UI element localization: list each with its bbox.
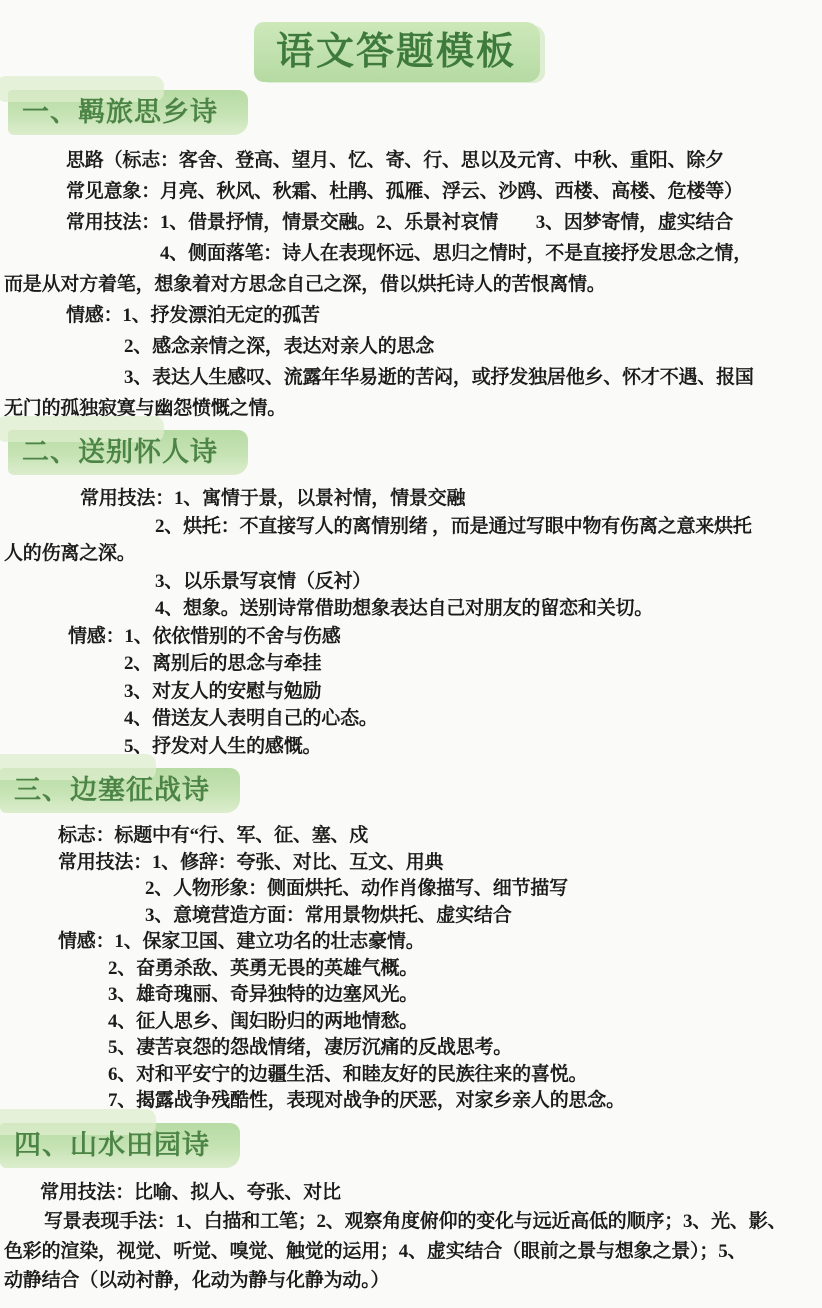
text-line: 情感：1、依依惜别的不舍与伤感 (0, 623, 822, 651)
text-line: 5、凄苦哀怨的怨战情绪，凄厉沉痛的反战思考。 (0, 1035, 822, 1062)
section-heading: 三、边塞征战诗 (0, 768, 240, 813)
text-line: 2、感念亲情之深，表达对亲人的思念 (0, 331, 822, 362)
text-line: 人的伤离之深。 (0, 540, 822, 568)
section-heading: 一、羁旅思乡诗 (8, 90, 248, 135)
text-line: 2、烘托：不直接写人的离情别绪 ，而是通过写眼中物有伤离之意来烘托 (0, 513, 822, 541)
text-line: 4、借送友人表明自己的心态。 (0, 705, 822, 733)
section-body: 标志：标题中有“行、军、征、塞、戍常用技法：1、修辞：夸张、对比、互文、用典2、… (0, 823, 822, 1115)
document-page: 语文答题模板 一、羁旅思乡诗思路（标志：客舍、登高、望月、忆、寄、行、思以及元宵… (0, 0, 822, 1308)
section-body: 常用技法：比喻、拟人、夸张、对比写景表现手法：1、白描和工笔；2、观察角度俯仰的… (0, 1178, 822, 1296)
section-3: 三、边塞征战诗标志：标题中有“行、军、征、塞、戍常用技法：1、修辞：夸张、对比、… (0, 768, 822, 1115)
section-4: 四、山水田园诗常用技法：比喻、拟人、夸张、对比写景表现手法：1、白描和工笔；2、… (0, 1123, 822, 1296)
title-row: 语文答题模板 (0, 22, 808, 82)
text-line: 而是从对方着笔，想象着对方思念自己之深，借以烘托诗人的苦恨离情。 (0, 269, 822, 300)
text-line: 常用技法：1、借景抒情，情景交融。2、乐景衬哀情 3、因梦寄情，虚实结合 (0, 207, 822, 238)
section-heading-row: 三、边塞征战诗 (0, 768, 822, 813)
text-line: 3、表达人生感叹、流露年华易逝的苦闷，或抒发独居他乡、怀才不遇、报国 (0, 362, 822, 393)
section-heading-row: 一、羁旅思乡诗 (0, 90, 822, 135)
text-line: 4、想象。送别诗常借助想象表达自己对朋友的留恋和关切。 (0, 595, 822, 623)
text-line: 4、征人思乡、闺妇盼归的两地情愁。 (0, 1009, 822, 1036)
section-body: 常用技法：1、寓情于景，以景衬情，情景交融2、烘托：不直接写人的离情别绪 ，而是… (0, 485, 822, 760)
section-1: 一、羁旅思乡诗思路（标志：客舍、登高、望月、忆、寄、行、思以及元宵、中秋、重阳、… (0, 90, 822, 424)
section-heading: 二、送别怀人诗 (8, 430, 248, 475)
text-line: 2、离别后的思念与牵挂 (0, 650, 822, 678)
section-heading: 四、山水田园诗 (0, 1123, 240, 1168)
text-line: 4、侧面落笔：诗人在表现怀远、思归之情时，不是直接抒发思念之情， (0, 238, 822, 269)
text-line: 2、奋勇杀敌、英勇无畏的英雄气概。 (0, 956, 822, 983)
text-line: 3、对友人的安慰与勉励 (0, 678, 822, 706)
text-line: 3、雄奇瑰丽、奇异独特的边塞风光。 (0, 982, 822, 1009)
section-body: 思路（标志：客舍、登高、望月、忆、寄、行、思以及元宵、中秋、重阳、除夕常见意象：… (0, 145, 822, 424)
section-heading-row: 四、山水田园诗 (0, 1123, 822, 1168)
text-line: 写景表现手法：1、白描和工笔；2、观察角度俯仰的变化与远近高低的顺序；3、光、影… (0, 1207, 822, 1237)
text-line: 动静结合（以动衬静，化动为静与化静为动。） (0, 1266, 822, 1296)
text-line: 思路（标志：客舍、登高、望月、忆、寄、行、思以及元宵、中秋、重阳、除夕 (0, 145, 822, 176)
text-line: 标志：标题中有“行、军、征、塞、戍 (0, 823, 822, 850)
text-line: 常用技法：比喻、拟人、夸张、对比 (0, 1178, 822, 1208)
text-line: 色彩的渲染，视觉、听觉、嗅觉、触觉的运用；4、虚实结合（眼前之景与想象之景）；5… (0, 1237, 822, 1267)
page-title: 语文答题模板 (254, 22, 540, 82)
section-2: 二、送别怀人诗常用技法：1、寓情于景，以景衬情，情景交融2、烘托：不直接写人的离… (0, 430, 822, 760)
section-heading-row: 二、送别怀人诗 (0, 430, 822, 475)
text-line: 3、意境营造方面：常用景物烘托、虚实结合 (0, 903, 822, 930)
document-body: 一、羁旅思乡诗思路（标志：客舍、登高、望月、忆、寄、行、思以及元宵、中秋、重阳、… (0, 90, 822, 1296)
text-line: 常用技法：1、修辞：夸张、对比、互文、用典 (0, 850, 822, 877)
text-line: 2、人物形象：侧面烘托、动作肖像描写、细节描写 (0, 876, 822, 903)
text-line: 常用技法：1、寓情于景，以景衬情，情景交融 (0, 485, 822, 513)
text-line: 情感：1、抒发漂泊无定的孤苦 (0, 300, 822, 331)
text-line: 3、以乐景写哀情（反衬） (0, 568, 822, 596)
text-line: 情感：1、保家卫国、建立功名的壮志豪情。 (0, 929, 822, 956)
text-line: 6、对和平安宁的边疆生活、和睦友好的民族往来的喜悦。 (0, 1062, 822, 1089)
text-line: 常见意象：月亮、秋风、秋霜、杜鹃、孤雁、浮云、沙鸥、西楼、高楼、危楼等） (0, 176, 822, 207)
